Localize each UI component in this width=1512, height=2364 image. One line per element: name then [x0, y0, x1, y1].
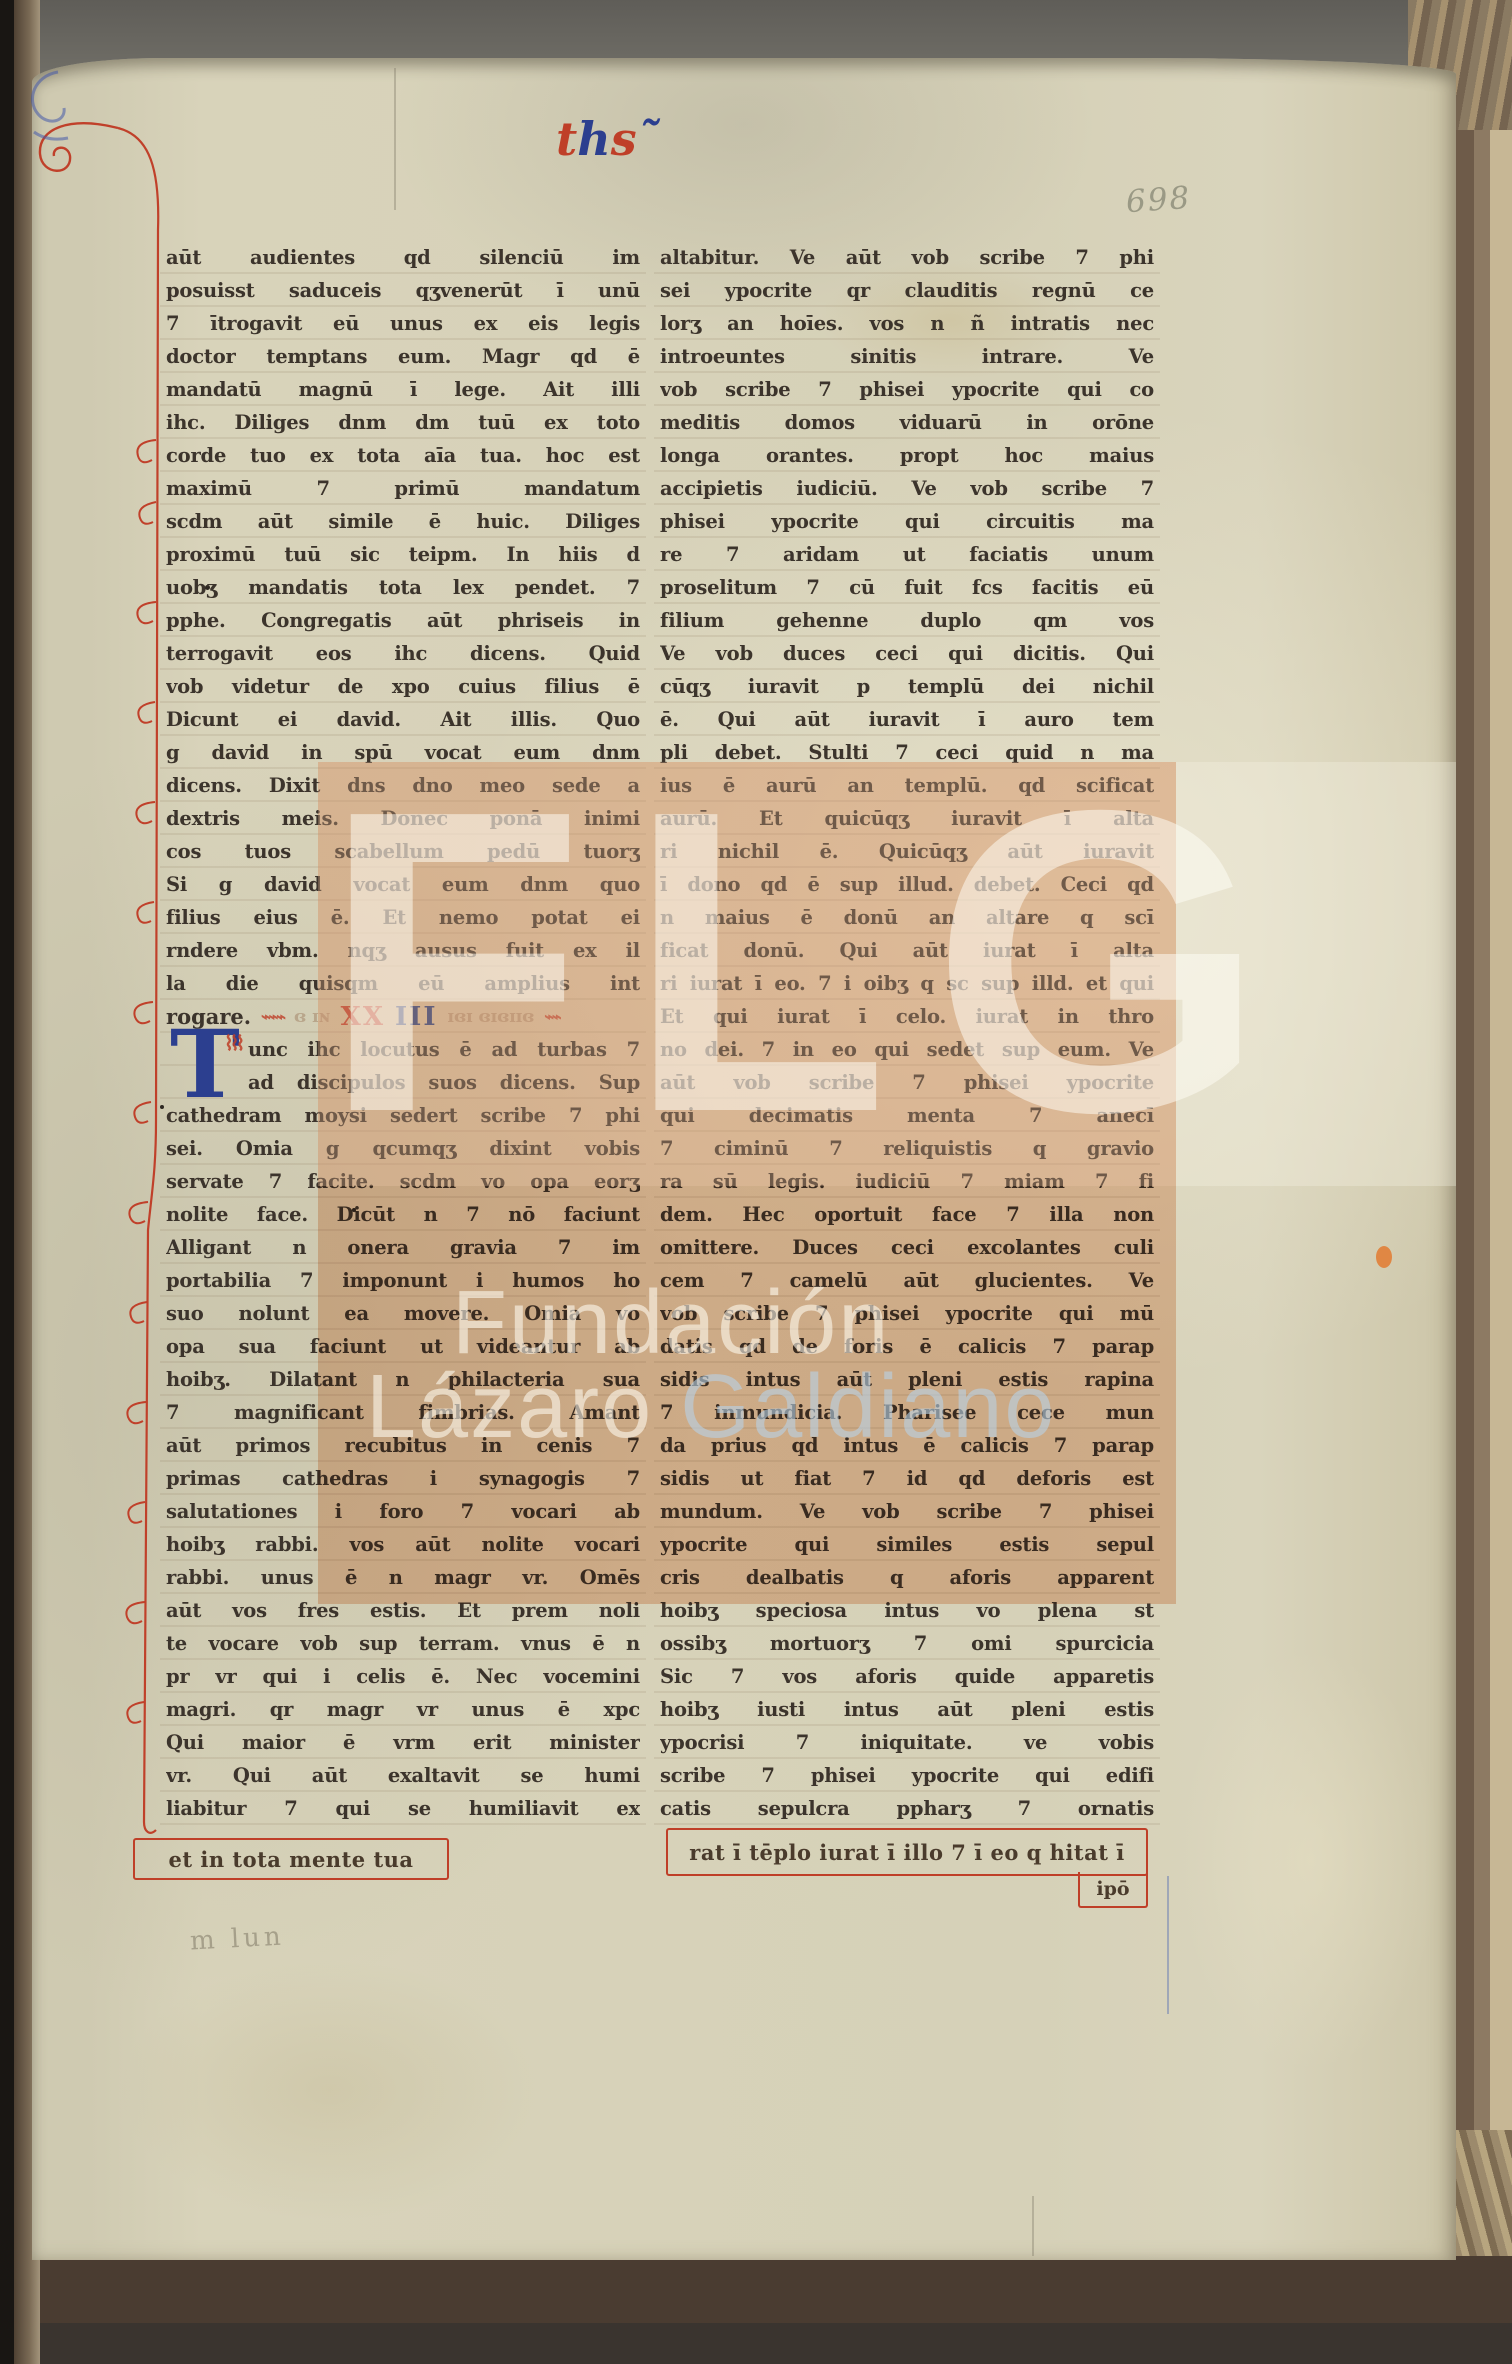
manuscript-text-line: Sic 7 vos aforis quide apparetis [660, 1660, 1154, 1693]
manuscript-text-line: altabitur. Ve aūt vob scribe 7 phi [660, 241, 1154, 274]
manuscript-text-line: Qui maior ē vrm erit minister [166, 1726, 640, 1759]
manuscript-text-line: pr vr qui i celis ē. Nec vocemini [166, 1660, 640, 1693]
running-title-letter: s [611, 112, 637, 166]
manuscript-text-line: vob videtur de xpo cuius filius ē [166, 670, 640, 703]
manuscript-text-line: ihc. Diliges dnm dm tuū ex toto [166, 406, 640, 439]
manuscript-text-line: magri. qr magr vr unus ē xpc [166, 1693, 640, 1726]
manuscript-text-line: te vocare vob sup terram. vnus ē n [166, 1627, 640, 1660]
manuscript-text-line: cūqʒ iuravit p templū dei nichil [660, 670, 1154, 703]
manuscript-text-line: hoibʒ iusti intus aūt pleni estis [660, 1693, 1154, 1726]
manuscript-photo: ths˜ 698 aūt audientes qd silen [0, 0, 1512, 2364]
decorated-initial-block: T ⌇⌇⌇ [166, 1033, 248, 1099]
manuscript-text-line: uobʒ mandatis tota lex pendet. 7 [166, 571, 640, 604]
manuscript-text-line: ypocrisi 7 iniquitate. ve vobis [660, 1726, 1154, 1759]
manuscript-text-line: mandatū magnū ī lege. Ait illi [166, 373, 640, 406]
correction-box-right: rat ī tēplo iurat ī illo 7 ī eo q hitat … [666, 1828, 1148, 1876]
running-title-letter: h [577, 112, 610, 166]
manuscript-text-line: Dicunt ei david. Ait illis. Quo [166, 703, 640, 736]
red-filigree: ⌇⌇⌇ [224, 1035, 241, 1051]
manuscript-text-line: corde tuo ex tota aīa tua. hoc est [166, 439, 640, 472]
manuscript-text-line: terrogavit eos ihc dicens. Quid [166, 637, 640, 670]
manuscript-text-line: vr. Qui aūt exaltavit se humi [166, 1759, 640, 1792]
manuscript-text-line: filium gehenne duplo qm vos [660, 604, 1154, 637]
blue-ink-hairline [1167, 1876, 1169, 2014]
manuscript-text-line: ossibʒ mortuorʒ 7 omi spurcicia [660, 1627, 1154, 1660]
manuscript-text-line: accipietis iudiciū. Ve vob scribe 7 [660, 472, 1154, 505]
orange-margin-mark [1376, 1246, 1392, 1268]
correction-box-tail: ipō [1078, 1872, 1148, 1908]
manuscript-text-line: ē. Qui aūt iuravit ī auro tem [660, 703, 1154, 736]
manuscript-text-line: scribe 7 phisei ypocrite qui edifi [660, 1759, 1154, 1792]
red-flourish: ⌁⌁⌁ [261, 1007, 284, 1026]
book-fore-edge-pages [1448, 130, 1512, 2290]
running-title: ths˜ [556, 112, 660, 166]
faint-marginal-note: m lun [189, 1922, 285, 1957]
running-title-letter: ˜ [637, 112, 660, 166]
watermark-text-lazaro: Lázaro [366, 1357, 680, 1457]
catchword-box-left: et in tota mente tua [133, 1838, 449, 1880]
manuscript-text-line: liabitur 7 qui se humiliavit ex [166, 1792, 640, 1825]
folio-number: 698 [1125, 180, 1193, 220]
page-crease [394, 68, 396, 210]
manuscript-text-line: meditis domos viduarū in orōne [660, 406, 1154, 439]
manuscript-text-line: posuisst saduceis qʒvenerūt ī unū [166, 274, 640, 307]
manuscript-text-line: proselitum 7 cū fuit fcs facitis eū [660, 571, 1154, 604]
watermark-monogram: FLG [322, 742, 1452, 1188]
watermark-text-galdiano: Galdiano [680, 1357, 1056, 1457]
manuscript-text-line: Ve vob duces ceci qui dicitis. Qui [660, 637, 1154, 670]
manuscript-text-line: catis sepulcra ppharʒ 7 ornatis [660, 1792, 1154, 1825]
manuscript-text-line: sei ypocrite qr clauditis regnū ce [660, 274, 1154, 307]
manuscript-text-line: doctor temptans eum. Magr qd ē [166, 340, 640, 373]
manuscript-text-line: 7 ītrogavit eū unus ex eis legis [166, 307, 640, 340]
manuscript-text-line: scdm aūt simile ē huic. Diliges [166, 505, 640, 538]
manuscript-text-line: introeuntes sinitis intrare. Ve [660, 340, 1154, 373]
red-border-hooks [126, 440, 156, 1723]
blue-scribble-mark [14, 66, 84, 156]
manuscript-text-line: longa orantes. propt hoc maius [660, 439, 1154, 472]
manuscript-text-line: proximū tuū sic teipm. In hiis d [166, 538, 640, 571]
running-title-letter: t [556, 112, 577, 166]
manuscript-text-line: aūt audientes qd silenciū im [166, 241, 640, 274]
manuscript-text-line: re 7 aridam ut faciatis unum [660, 538, 1154, 571]
manuscript-text-line: phisei ypocrite qui circuitis ma [660, 505, 1154, 538]
manuscript-text-line: vob scribe 7 phisei ypocrite qui co [660, 373, 1154, 406]
manuscript-text-line: lorʒ an hoīes. vos n ñ intratis nec [660, 307, 1154, 340]
manuscript-text-line: maximū 7 primū mandatum [166, 472, 640, 505]
page-crease [1032, 2196, 1034, 2256]
photo-background-bottom [0, 2256, 1512, 2364]
watermark-text-line2: Lázaro Galdiano [366, 1356, 1056, 1459]
manuscript-text-line: pphe. Congregatis aūt phriseis in [166, 604, 640, 637]
